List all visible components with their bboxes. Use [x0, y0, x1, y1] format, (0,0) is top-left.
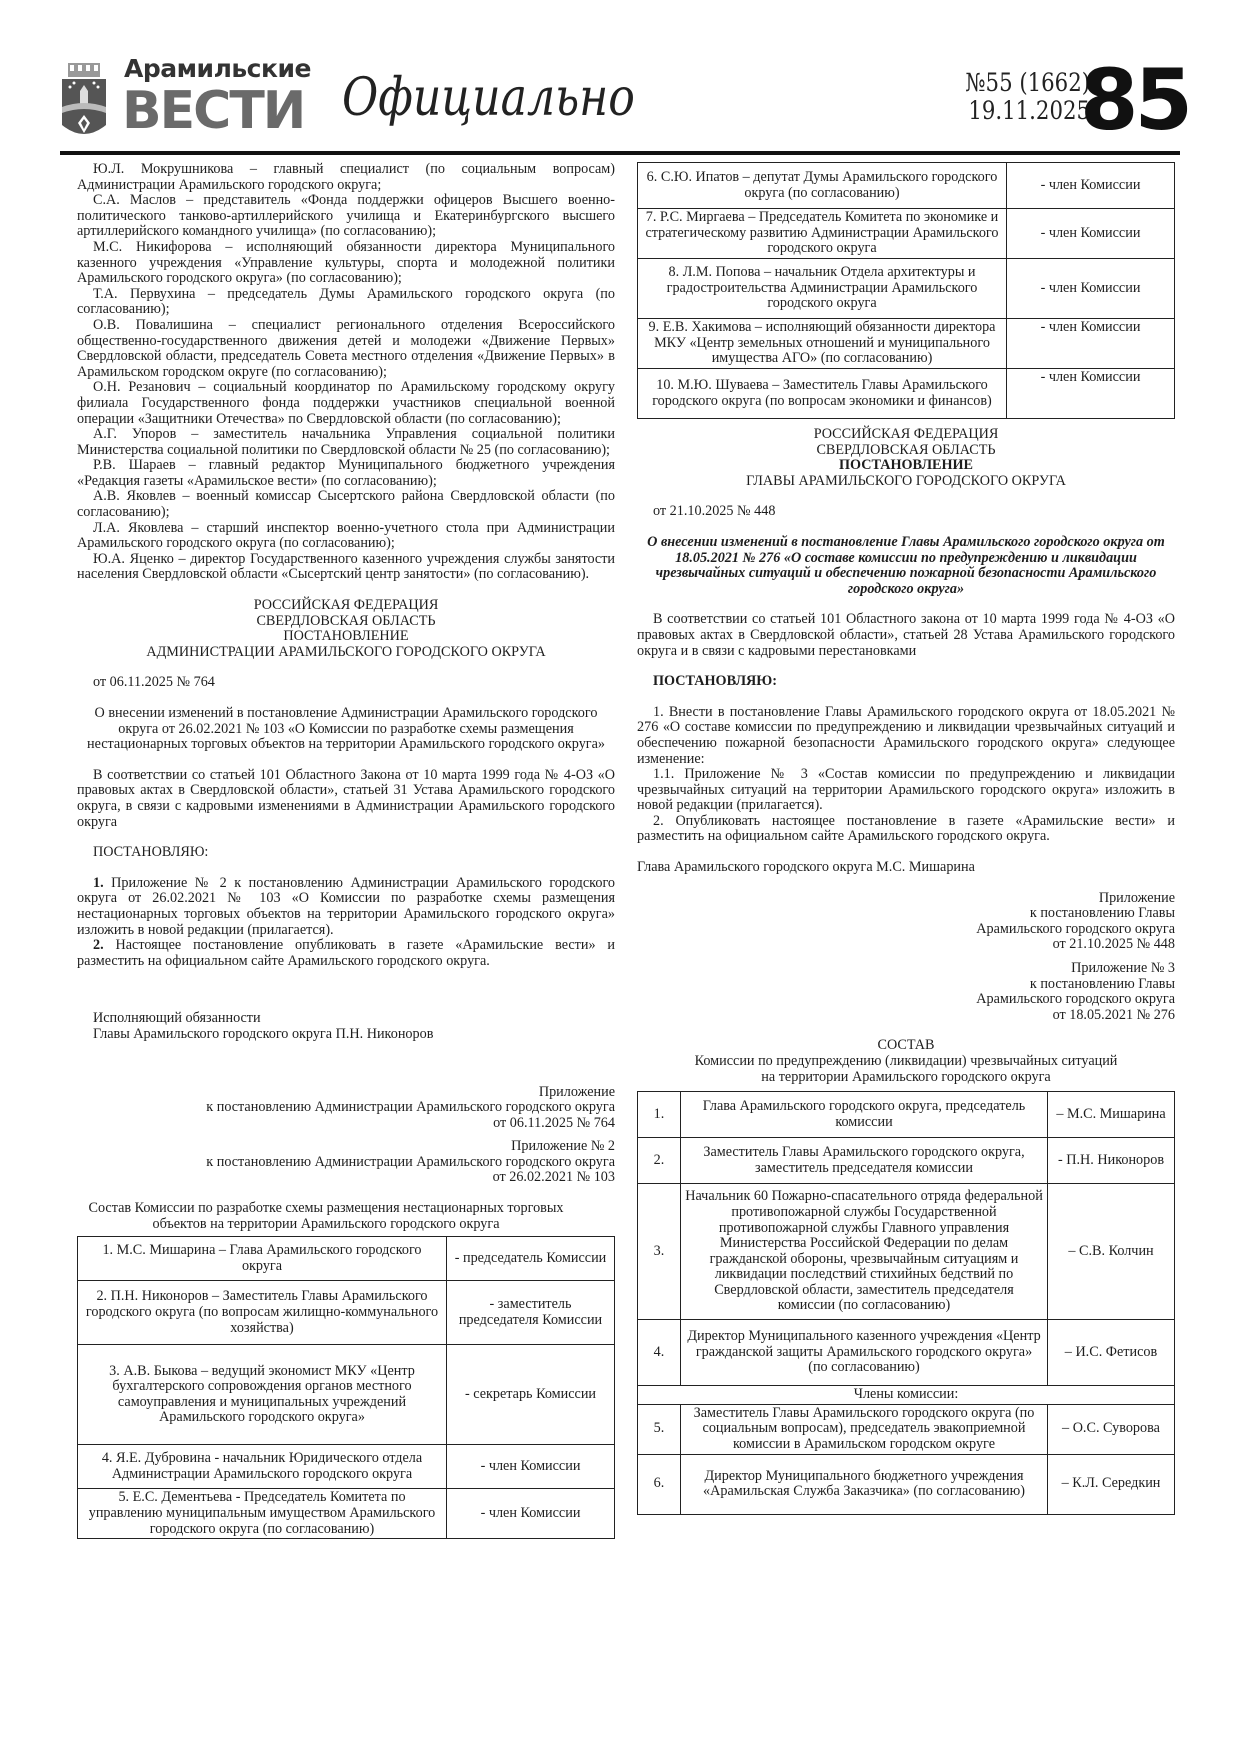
decree-item: 1. Внести в постановление Главы Арамильс… [637, 705, 1175, 767]
decree-item: 2. Опубликовать настоящее постановление … [637, 814, 1175, 845]
newspaper-name-top: Арамильские [124, 61, 311, 77]
table-row: 2. Заместитель Главы Арамильского городс… [638, 1138, 1175, 1184]
decree-header: РОССИЙСКАЯ ФЕДЕРАЦИЯ СВЕРДЛОВСКАЯ ОБЛАСТ… [637, 427, 1175, 489]
member-entry: Р.В. Шараев – главный редактор Муниципал… [77, 458, 615, 489]
masthead-divider [60, 151, 1180, 155]
appendix-note: Приложение к постановлению Администрации… [77, 1085, 615, 1132]
page-number: 85 [1080, 55, 1180, 145]
header-line: ГЛАВЫ АРАМИЛЬСКОГО ГОРОДСКОГО ОКРУГА [637, 474, 1175, 490]
table-row: 1. Глава Арамильского городского округа,… [638, 1092, 1175, 1138]
issue-info: №55 (1662) 19.11.2025 [912, 69, 1091, 125]
decree-item: 1.1. Приложение № 3 «Состав комиссии по … [637, 767, 1175, 814]
member-entry: Ю.Л. Мокрушникова – главный специалист (… [77, 162, 615, 193]
member-entry: М.С. Никифорова – исполняющий обязанност… [77, 240, 615, 287]
decree-item: 2. Настоящее постановление опубликовать … [77, 938, 615, 969]
table-row: 4. Я.Е. Дубровина - начальник Юридическо… [78, 1445, 615, 1489]
decree-date-number: от 06.11.2025 № 764 [77, 675, 615, 691]
table-title: Состав Комиссии по разработке схемы разм… [77, 1201, 615, 1236]
members-label-row: Члены комиссии: [638, 1386, 1175, 1405]
member-entry: А.В. Яковлев – военный комиссар Сысертск… [77, 489, 615, 520]
table-row: 10. М.Ю. Шуваева – Заместитель Главы Ара… [638, 369, 1175, 419]
table-row: 2. П.Н. Никоноров – Заместитель Главы Ар… [78, 1281, 615, 1345]
left-column: Ю.Л. Мокрушникова – главный специалист (… [77, 162, 615, 1539]
member-entry: С.А. Маслов – представитель «Фонда подде… [77, 193, 615, 240]
section-title: Официально [342, 67, 635, 129]
member-entry: Л.А. Яковлева – старший инспектор военно… [77, 521, 615, 552]
member-entry: О.Н. Резанович – социальный координатор … [77, 380, 615, 427]
decree-448: РОССИЙСКАЯ ФЕДЕРАЦИЯ СВЕРДЛОВСКАЯ ОБЛАСТ… [637, 427, 1175, 1515]
table-row: 6. Директор Муниципального бюджетного уч… [638, 1454, 1175, 1514]
table-row: 3. А.В. Быкова – ведущий экономист МКУ «… [78, 1345, 615, 1445]
member-entry: Ю.А. Яценко – директор Государственного … [77, 552, 615, 583]
table-row: 6. С.Ю. Ипатов – депутат Думы Арамильско… [638, 163, 1175, 209]
member-entry: Т.А. Первухина – председатель Думы Арами… [77, 287, 615, 318]
issue-number: №55 (1662) [912, 69, 1091, 97]
city-coat-of-arms-icon [60, 63, 108, 141]
table-row: 1. М.С. Мишарина – Глава Арамильского го… [78, 1237, 615, 1281]
decree-resolve: ПОСТАНОВЛЯЮ: [637, 674, 1175, 690]
commission-table: 1. М.С. Мишарина – Глава Арамильского го… [77, 1236, 615, 1539]
table-row: 3. Начальник 60 Пожарно-спасательного от… [638, 1184, 1175, 1320]
header-line: РОССИЙСКАЯ ФЕДЕРАЦИЯ [77, 598, 615, 614]
decree-resolve: ПОСТАНОВЛЯЮ: [77, 845, 615, 861]
member-entry: А.Г. Упоров – заместитель начальника Упр… [77, 427, 615, 458]
signature: Исполняющий обязанности Главы Арамильско… [77, 1011, 615, 1042]
table-row: 8. Л.М. Попова – начальник Отдела архите… [638, 259, 1175, 319]
decree-header: РОССИЙСКАЯ ФЕДЕРАЦИЯ СВЕРДЛОВСКАЯ ОБЛАСТ… [77, 598, 615, 660]
table-row: 5. Заместитель Главы Арамильского городс… [638, 1404, 1175, 1454]
decree-item: 1. Приложение № 2 к постановлению Админи… [77, 876, 615, 938]
table-row: 7. Р.С. Миргаева – Председатель Комитета… [638, 209, 1175, 259]
member-entry: О.В. Повалишина – специалист регионально… [77, 318, 615, 380]
issue-date: 19.11.2025 [912, 97, 1091, 125]
header-line: АДМИНИСТРАЦИИ АРАМИЛЬСКОГО ГОРОДСКОГО ОК… [77, 645, 615, 661]
right-column: 6. С.Ю. Ипатов – депутат Думы Арамильско… [637, 162, 1175, 1515]
emergency-commission-table: 1. Глава Арамильского городского округа,… [637, 1091, 1175, 1515]
table-row: 5. Е.С. Дементьева - Председатель Комите… [78, 1489, 615, 1539]
table-title: СОСТАВ Комиссии по предупреждению (ликви… [637, 1038, 1175, 1091]
header-line: ПОСТАНОВЛЕНИЕ [637, 458, 1175, 474]
header-line: РОССИЙСКАЯ ФЕДЕРАЦИЯ [637, 427, 1175, 443]
header-line: СВЕРДЛОВСКАЯ ОБЛАСТЬ [77, 614, 615, 630]
masthead: Арамильские ВЕСТИ Официально №55 (1662) … [60, 55, 1180, 150]
commission-table-continued: 6. С.Ю. Ипатов – депутат Думы Арамильско… [637, 162, 1175, 419]
decree-title: О внесении изменений в постановление Гла… [637, 535, 1175, 597]
appendix-note: Приложение № 3 к постановлению Главы Ара… [637, 961, 1175, 1023]
decree-preamble: В соответствии со статьей 101 Областного… [637, 612, 1175, 659]
table-row: 4. Директор Муниципального казенного учр… [638, 1320, 1175, 1386]
appendix-note: Приложение № 2 к постановлению Администр… [77, 1139, 615, 1186]
newspaper-name-main: ВЕСТИ [122, 81, 304, 141]
header-line: ПОСТАНОВЛЕНИЕ [77, 629, 615, 645]
decree-preamble: В соответствии со статьей 101 Областного… [77, 768, 615, 830]
header-line: СВЕРДЛОВСКАЯ ОБЛАСТЬ [637, 443, 1175, 459]
appendix-note: Приложение к постановлению Главы Арамиль… [637, 891, 1175, 953]
signature: Глава Арамильского городского округа М.С… [637, 860, 1175, 876]
table-row: 9. Е.В. Хакимова – исполняющий обязаннос… [638, 319, 1175, 369]
decree-title: О внесении изменений в постановление Адм… [77, 706, 615, 753]
decree-764: РОССИЙСКАЯ ФЕДЕРАЦИЯ СВЕРДЛОВСКАЯ ОБЛАСТ… [77, 598, 615, 1539]
decree-date-number: от 21.10.2025 № 448 [637, 504, 1175, 520]
members-list-continued: Ю.Л. Мокрушникова – главный специалист (… [77, 162, 615, 583]
